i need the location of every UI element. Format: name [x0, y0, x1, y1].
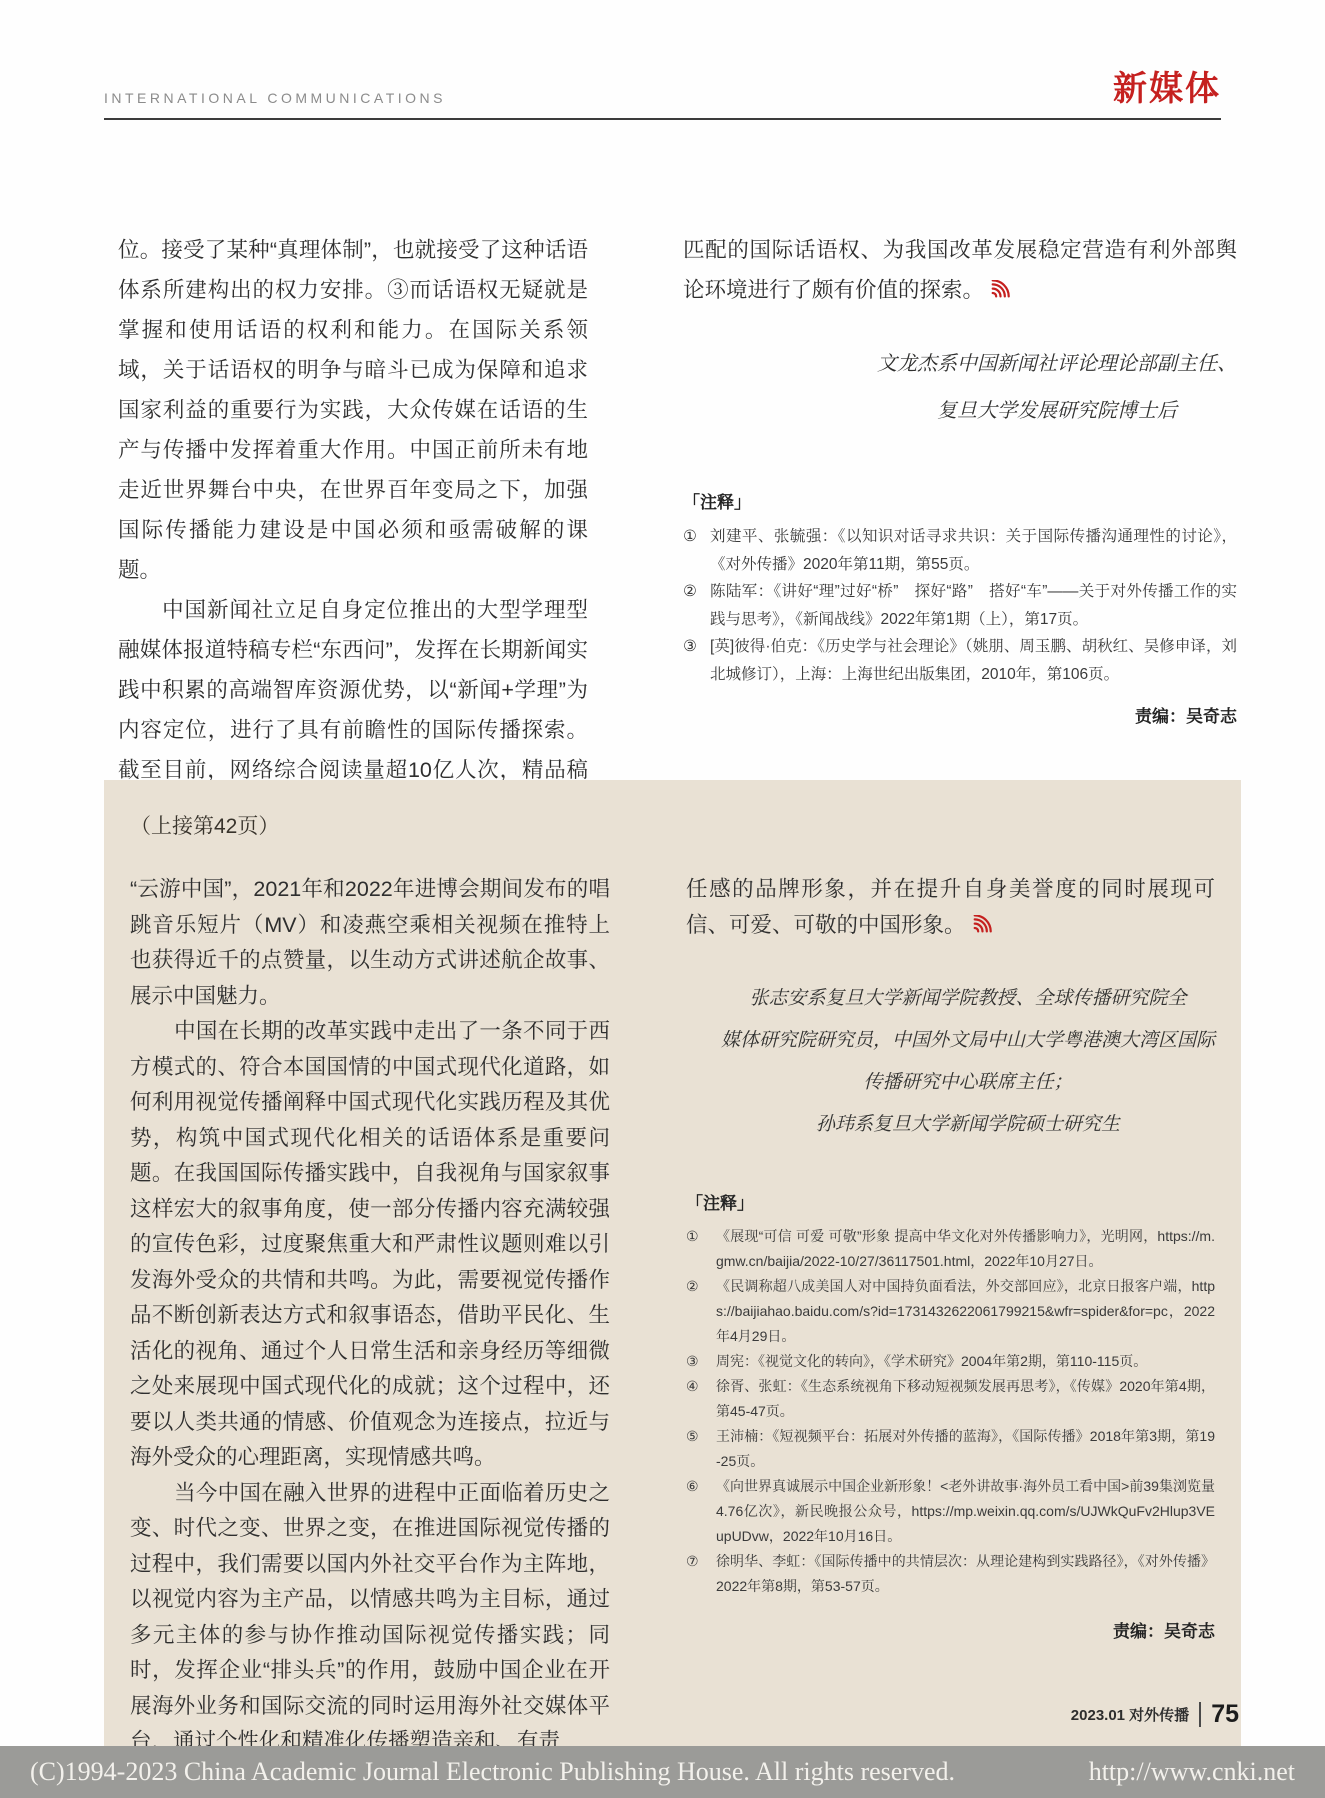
footnotes-section: 「注释」 ① 《展现“可信 可爱 可敬”形象 提高中华文化对外传播影响力》，光明… [686, 1189, 1215, 1599]
footnotes-title: 「注释」 [683, 488, 1237, 513]
footnote-text: 王沛楠：《短视频平台：拓展对外传播的蓝海》，《国际传播》2018年第3期，第19… [716, 1424, 1215, 1474]
footnote-number: ⑦ [686, 1549, 716, 1599]
footnote: ⑦ 徐明华、李虹：《国际传播中的共情层次：从理论建构到实践路径》，《对外传播》2… [686, 1549, 1215, 1599]
paragraph: 位。接受了某种“真理体制”，也就接受了这种话语体系所建构出的权力安排。③而话语权… [118, 230, 588, 590]
footnote: ③ 周宪：《视觉文化的转向》，《学术研究》2004年第2期，第110-115页。 [686, 1349, 1215, 1374]
copyright-footer: (C)1994-2023 China Academic Journal Elec… [0, 1746, 1325, 1798]
footnote: ② 陈陆军：《讲好“理”过好“桥” 探好“路” 搭好“车”——关于对外传播工作的… [683, 578, 1237, 633]
footnote: ⑤ 王沛楠：《短视频平台：拓展对外传播的蓝海》，《国际传播》2018年第3期，第… [686, 1424, 1215, 1474]
article-end-mark-icon [989, 280, 1012, 299]
footnote-number: ⑤ [686, 1424, 716, 1474]
continuation-columns: “云游中国”，2021年和2022年进博会期间发布的唱跳音乐短片（MV）和凌燕空… [130, 872, 1215, 1760]
footnote-text: 陈陆军：《讲好“理”过好“桥” 探好“路” 搭好“车”——关于对外传播工作的实践… [710, 578, 1237, 633]
page-info: 2023.01 对外传播 75 [1071, 1702, 1239, 1727]
footnote: ③ [英]彼得·伯克：《历史学与社会理论》（姚朋、周玉鹏、胡秋红、吴修申译，刘北… [683, 633, 1237, 688]
footnote-number: ② [683, 578, 710, 633]
responsible-editor: 责编：吴奇志 [686, 1617, 1215, 1642]
paragraph: 匹配的国际话语权、为我国改革发展稳定营造有利外部舆论环境进行了颇有价值的探索。 [683, 230, 1237, 310]
page-header: INTERNATIONAL COMMUNICATIONS 新媒体 [104, 72, 1221, 120]
top-article-right-column: 匹配的国际话语权、为我国改革发展稳定营造有利外部舆论环境进行了颇有价值的探索。 … [683, 230, 1237, 870]
journal-page: INTERNATIONAL COMMUNICATIONS 新媒体 位。接受了某种… [0, 0, 1325, 1798]
footnote-text: 《向世界真诚展示中国企业新形象！<老外讲故事·海外员工看中国>前39集浏览量4.… [716, 1474, 1215, 1549]
footnotes-title: 「注释」 [686, 1189, 1215, 1214]
attribution-line: 媒体研究院研究员，中国外文局中山大学粤港澳大湾区国际 [721, 1019, 1215, 1061]
box-right-column: 任感的品牌形象，并在提升自身美誉度的同时展现可信、可爱、可敬的中国形象。 张志安… [686, 872, 1215, 1760]
paragraph-text: 任感的品牌形象，并在提升自身美誉度的同时展现可信、可爱、可敬的中国形象。 [686, 877, 1215, 937]
footnote-number: ③ [683, 633, 710, 688]
footnote-text: 《展现“可信 可爱 可敬”形象 提高中华文化对外传播影响力》，光明网，https… [716, 1224, 1215, 1274]
top-article: 位。接受了某种“真理体制”，也就接受了这种话语体系所建构出的权力安排。③而话语权… [118, 230, 1237, 870]
footnote-text: 《民调称超八成美国人对中国持负面看法，外交部回应》，北京日报客户端，https:… [716, 1274, 1215, 1349]
footnote: ⑥ 《向世界真诚展示中国企业新形象！<老外讲故事·海外员工看中国>前39集浏览量… [686, 1474, 1215, 1549]
continuation-box: （上接第42页） “云游中国”，2021年和2022年进博会期间发布的唱跳音乐短… [104, 780, 1241, 1794]
cnki-url: http://www.cnki.net [1089, 1757, 1295, 1787]
footnote: ① 《展现“可信 可爱 可敬”形象 提高中华文化对外传播影响力》，光明网，htt… [686, 1224, 1215, 1274]
responsible-editor: 责编：吴奇志 [683, 702, 1237, 727]
author-attribution: 文龙杰系中国新闻社评论理论部副主任、 复旦大学发展研究院博士后 [877, 340, 1237, 434]
attribution-line: 张志安系复旦大学新闻学院教授、全球传播研究院全 [721, 977, 1215, 1019]
footnote-number: ⑥ [686, 1474, 716, 1549]
attribution-line: 孙玮系复旦大学新闻学院硕士研究生 [721, 1103, 1215, 1145]
attribution-line: 复旦大学发展研究院博士后 [877, 387, 1237, 434]
footnote-text: 刘建平、张毓强：《以知识对话寻求共识：关于国际传播沟通理性的讨论》，《对外传播》… [710, 523, 1237, 578]
article-end-mark-icon [971, 915, 994, 934]
footnote-number: ② [686, 1274, 716, 1349]
footnote-text: 周宪：《视觉文化的转向》，《学术研究》2004年第2期，第110-115页。 [716, 1349, 1215, 1374]
paragraph: “云游中国”，2021年和2022年进博会期间发布的唱跳音乐短片（MV）和凌燕空… [130, 872, 610, 1014]
page-number: 75 [1199, 1702, 1239, 1727]
section-label: 新媒体 [1113, 72, 1221, 106]
footnote-text: [英]彼得·伯克：《历史学与社会理论》（姚朋、周玉鹏、胡秋红、吴修申译，刘北城修… [710, 633, 1237, 688]
footnote-text: 徐明华、李虹：《国际传播中的共情层次：从理论建构到实践路径》，《对外传播》202… [716, 1549, 1215, 1599]
paragraph: 中国在长期的改革实践中走出了一条不同于西方模式的、符合本国国情的中国式现代化道路… [130, 1014, 610, 1476]
footnote-number: ① [686, 1224, 716, 1274]
author-attribution: 张志安系复旦大学新闻学院教授、全球传播研究院全 媒体研究院研究员，中国外文局中山… [721, 977, 1215, 1145]
top-article-left-column: 位。接受了某种“真理体制”，也就接受了这种话语体系所建构出的权力安排。③而话语权… [118, 230, 588, 870]
paragraph-text: 匹配的国际话语权、为我国改革发展稳定营造有利外部舆论环境进行了颇有价值的探索。 [683, 238, 1237, 302]
footnote: ④ 徐胥、张虹：《生态系统视角下移动短视频发展再思考》，《传媒》2020年第4期… [686, 1374, 1215, 1424]
attribution-line: 文龙杰系中国新闻社评论理论部副主任、 [877, 340, 1237, 387]
attribution-line: 传播研究中心联席主任； [721, 1061, 1215, 1103]
footnote: ② 《民调称超八成美国人对中国持负面看法，外交部回应》，北京日报客户端，http… [686, 1274, 1215, 1349]
continued-from-label: （上接第42页） [130, 810, 1215, 840]
footnotes-section: 「注释」 ① 刘建平、张毓强：《以知识对话寻求共识：关于国际传播沟通理性的讨论》… [683, 488, 1237, 688]
box-left-column: “云游中国”，2021年和2022年进博会期间发布的唱跳音乐短片（MV）和凌燕空… [130, 872, 610, 1760]
issue-info: 2023.01 对外传播 [1071, 1704, 1189, 1725]
journal-title-en: INTERNATIONAL COMMUNICATIONS [104, 90, 446, 106]
footnote-text: 徐胥、张虹：《生态系统视角下移动短视频发展再思考》，《传媒》2020年第4期，第… [716, 1374, 1215, 1424]
paragraph: 当今中国在融入世界的进程中正面临着历史之变、时代之变、世界之变，在推进国际视觉传… [130, 1476, 610, 1760]
paragraph: 任感的品牌形象，并在提升自身美誉度的同时展现可信、可爱、可敬的中国形象。 [686, 872, 1215, 943]
footnote-number: ① [683, 523, 710, 578]
copyright-text: (C)1994-2023 China Academic Journal Elec… [30, 1757, 955, 1787]
footnote-number: ③ [686, 1349, 716, 1374]
footnote-number: ④ [686, 1374, 716, 1424]
footnote: ① 刘建平、张毓强：《以知识对话寻求共识：关于国际传播沟通理性的讨论》，《对外传… [683, 523, 1237, 578]
